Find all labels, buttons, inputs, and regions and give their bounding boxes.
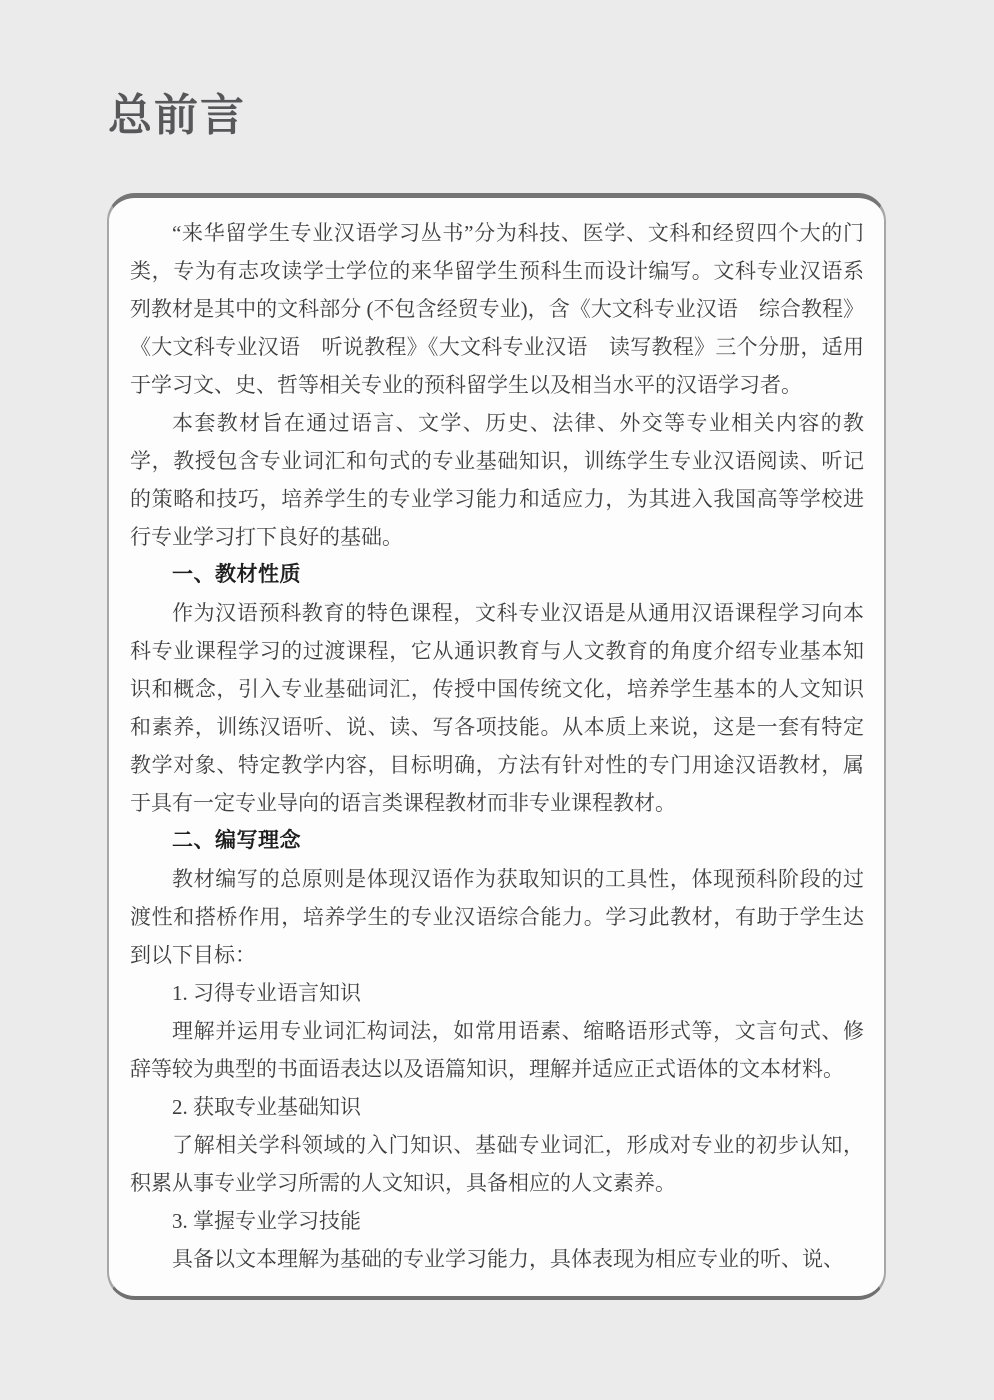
paragraph-goal-2-detail: 了解相关学科领域的入门知识、基础专业词汇，形成对专业的初步认知，积累从事专业学习… <box>130 1126 864 1202</box>
section-heading-textbook-nature: 一、教材性质 <box>130 556 864 594</box>
paragraph-textbook-nature: 作为汉语预科教育的特色课程，文科专业汉语是从通用汉语课程学习向本科专业课程学习的… <box>130 594 864 822</box>
paragraph-series-intro: “来华留学生专业汉语学习丛书”分为科技、医学、文科和经贸四个大的门类，专为有志攻… <box>130 214 864 404</box>
preface-card: “来华留学生专业汉语学习丛书”分为科技、医学、文科和经贸四个大的门类，专为有志攻… <box>107 193 886 1300</box>
list-item-goal-2: 2. 获取专业基础知识 <box>130 1088 864 1126</box>
paragraph-goal-1-detail: 理解并运用专业词汇构词法，如常用语素、缩略语形式等，文言句式、修辞等较为典型的书… <box>130 1012 864 1088</box>
paragraph-writing-philosophy: 教材编写的总原则是体现汉语作为获取知识的工具性，体现预科阶段的过渡性和搭桥作用，… <box>130 860 864 974</box>
preface-content: “来华留学生专业汉语学习丛书”分为科技、医学、文科和经贸四个大的门类，专为有志攻… <box>130 214 864 1278</box>
section-heading-writing-philosophy: 二、编写理念 <box>130 822 864 860</box>
list-item-goal-3: 3. 掌握专业学习技能 <box>130 1202 864 1240</box>
paragraph-goal-3-detail: 具备以文本理解为基础的专业学习能力，具体表现为相应专业的听、说、 <box>130 1240 864 1278</box>
preface-page: { "page": { "title": "总前言", "background_… <box>0 0 994 1400</box>
paragraph-series-goal: 本套教材旨在通过语言、文学、历史、法律、外交等专业相关内容的教学，教授包含专业词… <box>130 404 864 556</box>
page-title: 总前言 <box>108 94 246 138</box>
list-item-goal-1: 1. 习得专业语言知识 <box>130 974 864 1012</box>
